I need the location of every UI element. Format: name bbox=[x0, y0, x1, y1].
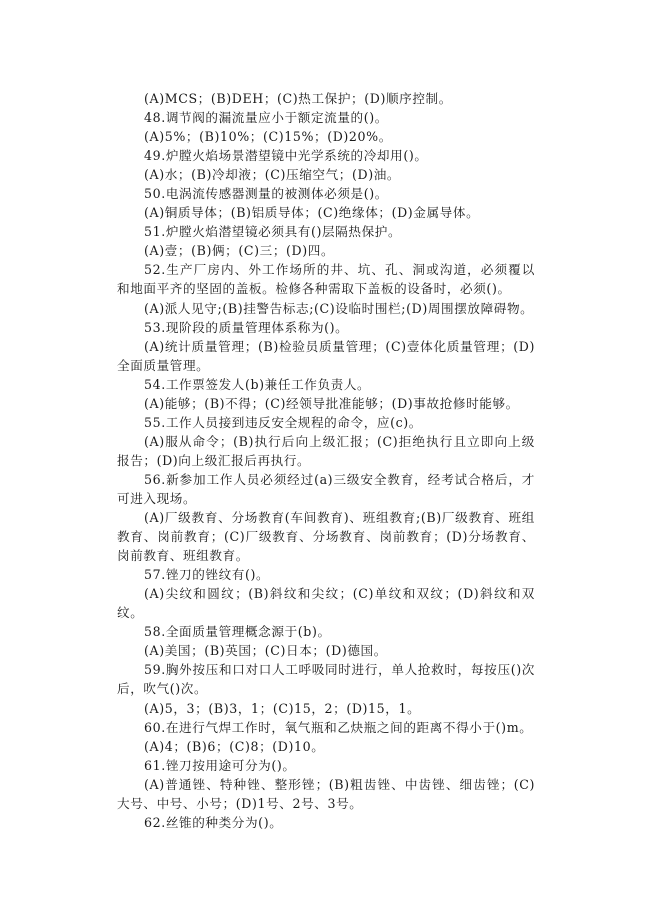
question-54: 54.工作票签发人(b)兼任工作负责人。 bbox=[117, 375, 535, 394]
answer-options-60: (A)4；(B)6；(C)8；(D)10。 bbox=[117, 737, 535, 756]
question-55: 55.工作人员接到违反安全规程的命令，应(c)。 bbox=[117, 413, 535, 432]
question-56: 56.新参加工作人员必须经过(a)三级安全教育，经考试合格后，才可进入现场。 bbox=[117, 470, 535, 508]
answer-options-61: (A)普通锉、特种锉、整形锉；(B)粗齿锉、中齿锉、细齿锉；(C)大号、中号、小… bbox=[117, 775, 535, 813]
question-49: 49.炉膛火焰场景潜望镜中光学系统的冷却用()。 bbox=[117, 146, 535, 165]
answer-options-59: (A)5，3；(B)3，1；(C)15，2；(D)15，1。 bbox=[117, 699, 535, 718]
question-58: 58.全面质量管理概念源于(b)。 bbox=[117, 622, 535, 641]
answer-options-48: (A)5%；(B)10%；(C)15%；(D)20%。 bbox=[117, 127, 535, 146]
answer-options-54: (A)能够；(B)不得；(C)经领导批准能够；(D)事故抢修时能够。 bbox=[117, 394, 535, 413]
document-page: (A)MCS；(B)DEH；(C)热工保护；(D)顺序控制。 48.调节阀的漏流… bbox=[117, 89, 535, 832]
question-52: 52.生产厂房内、外工作场所的井、坑、孔、洞或沟道，必须覆以和地面平齐的坚固的盖… bbox=[117, 260, 535, 298]
question-61: 61.锉刀按用途可分为()。 bbox=[117, 756, 535, 775]
question-60: 60.在进行气焊工作时，氧气瓶和乙炔瓶之间的距离不得小于()m。 bbox=[117, 718, 535, 737]
question-51: 51.炉膛火焰潜望镜必须具有()层隔热保护。 bbox=[117, 222, 535, 241]
answer-options-57: (A)尖纹和圆纹；(B)斜纹和尖纹；(C)单纹和双纹；(D)斜纹和双纹。 bbox=[117, 584, 535, 622]
answer-options-58: (A)美国；(B)英国；(C)日本；(D)德国。 bbox=[117, 641, 535, 660]
answer-options-52: (A)派人见守;(B)挂警告标志;(C)设临时围栏;(D)周围摆放障碍物。 bbox=[117, 299, 535, 318]
question-53: 53.现阶段的质量管理体系称为()。 bbox=[117, 318, 535, 337]
answer-options-55: (A)服从命令；(B)执行后向上级汇报；(C)拒绝执行且立即向上级报告；(D)向… bbox=[117, 432, 535, 470]
answer-options-56: (A)厂级教育、分场教育(车间教育)、班组教育;(B)厂级教育、班组教育、岗前教… bbox=[117, 508, 535, 565]
answer-options-47: (A)MCS；(B)DEH；(C)热工保护；(D)顺序控制。 bbox=[117, 89, 535, 108]
question-62: 62.丝锥的种类分为()。 bbox=[117, 813, 535, 832]
answer-options-51: (A)壹；(B)俩；(C)三；(D)四。 bbox=[117, 241, 535, 260]
question-59: 59.胸外按压和口对口人工呼吸同时进行，单人抢救时，每按压()次后，吹气()次。 bbox=[117, 660, 535, 698]
question-48: 48.调节阀的漏流量应小于额定流量的()。 bbox=[117, 108, 535, 127]
question-57: 57.锉刀的锉纹有()。 bbox=[117, 565, 535, 584]
answer-options-49: (A)水；(B)冷却液；(C)压缩空气；(D)油。 bbox=[117, 165, 535, 184]
answer-options-53: (A)统计质量管理；(B)检验员质量管理；(C)壹体化质量管理；(D)全面质量管… bbox=[117, 337, 535, 375]
answer-options-50: (A)铜质导体；(B)铝质导体；(C)绝缘体；(D)金属导体。 bbox=[117, 203, 535, 222]
question-50: 50.电涡流传感器测量的被测体必须是()。 bbox=[117, 184, 535, 203]
